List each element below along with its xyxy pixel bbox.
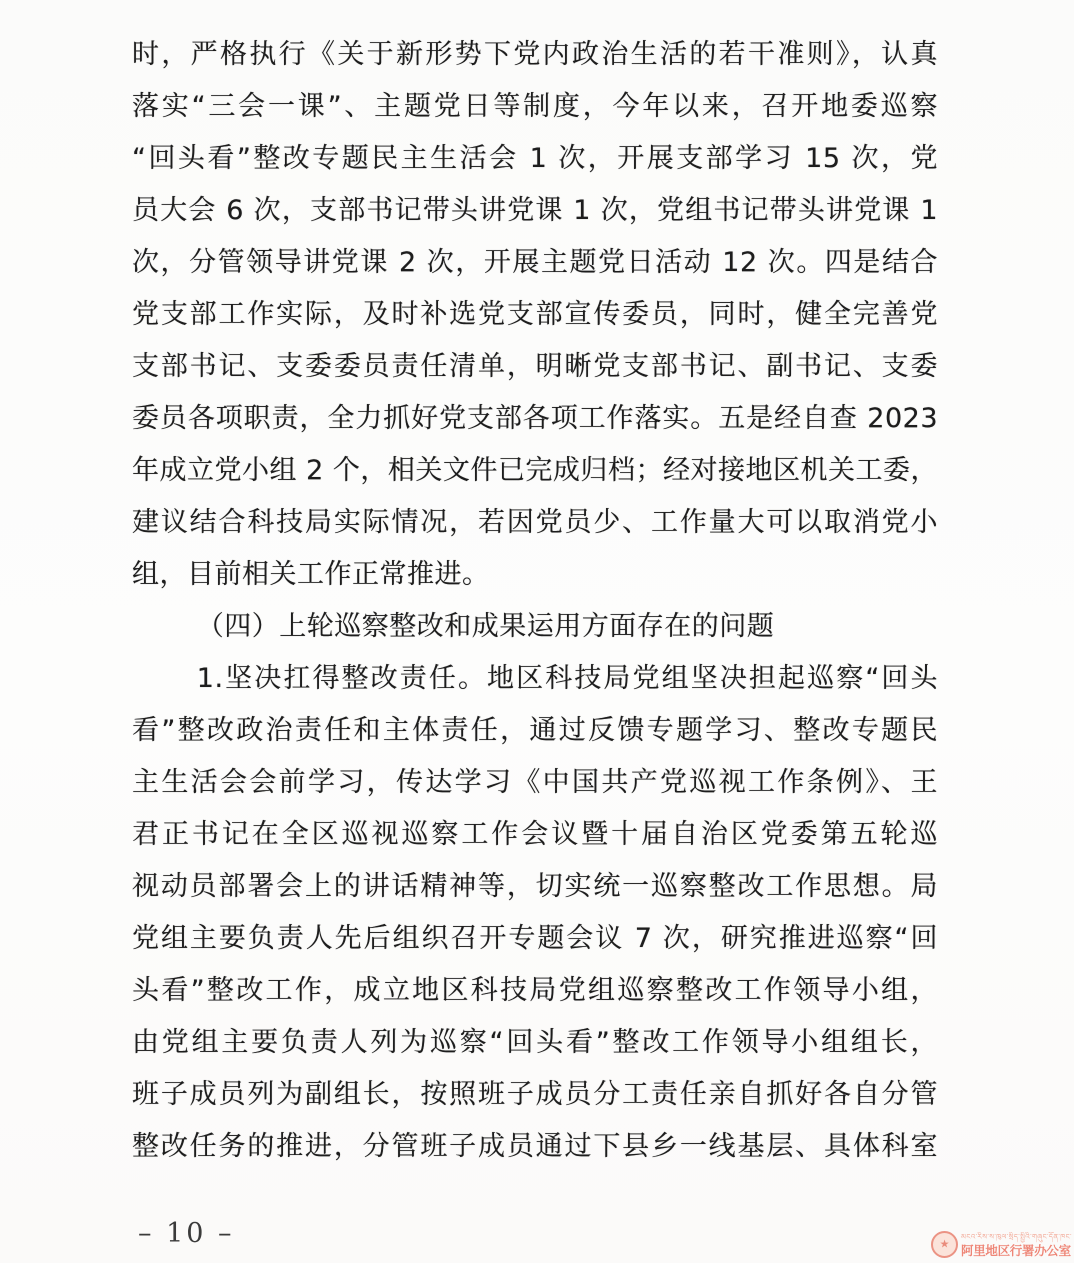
national-emblem-icon: ★ bbox=[931, 1231, 958, 1258]
body-text-line: 年成立党小组 2 个，相关文件已完成归档；经对接地区机关工委， bbox=[132, 445, 938, 497]
body-text-line: 君正书记在全区巡视巡察工作会议暨十届自治区党委第五轮巡 bbox=[132, 809, 938, 861]
watermark-tibetan-text: མངའ་རིས་ས་ཁུལ་སྲིད་སྤྱིའི་གཞུང་དོན་ཁང་ bbox=[961, 1232, 1073, 1243]
body-text-line: 由党组主要负责人列为巡察“回头看”整改工作领导小组组长， bbox=[132, 1017, 938, 1069]
body-text-line: 党支部工作实际，及时补选党支部宣传委员，同时，健全完善党 bbox=[132, 289, 938, 341]
body-text-line: 委员各项职责，全力抓好党支部各项工作落实。五是经自查 2023 bbox=[132, 393, 938, 445]
body-text-line: 党组主要负责人先后组织召开专题会议 7 次，研究推进巡察“回 bbox=[132, 913, 938, 965]
body-text-line: 班子成员列为副组长，按照班子成员分工责任亲自抓好各自分管 bbox=[132, 1069, 938, 1121]
body-text-line: “回头看”整改专题民主生活会 1 次，开展支部学习 15 次，党 bbox=[132, 133, 938, 185]
body-text-line: 组，目前相关工作正常推进。 bbox=[132, 549, 938, 601]
body-text-line: 1.坚决扛得整改责任。地区科技局党组坚决担起巡察“回头 bbox=[132, 653, 938, 705]
page-number: – 10 – bbox=[138, 1216, 235, 1252]
body-text-line: 员大会 6 次，支部书记带头讲党课 1 次，党组书记带头讲党课 1 bbox=[132, 185, 938, 237]
watermark-office-name: 阿里地区行署办公室 bbox=[961, 1243, 1073, 1259]
body-text-line: 次，分管领导讲党课 2 次，开展主题党日活动 12 次。四是结合 bbox=[132, 237, 938, 289]
star-icon: ★ bbox=[940, 1239, 950, 1250]
body-text-line: 看”整改政治责任和主体责任，通过反馈专题学习、整改专题民 bbox=[132, 705, 938, 757]
document-body: 时，严格执行《关于新形势下党内政治生活的若干准则》，认真 落实“三会一课”、主题… bbox=[132, 29, 938, 1173]
document-page: 时，严格执行《关于新形势下党内政治生活的若干准则》，认真 落实“三会一课”、主题… bbox=[0, 0, 1074, 1263]
watermark-text-block: མངའ་རིས་ས་ཁུལ་སྲིད་སྤྱིའི་གཞུང་དོན་ཁང་ 阿… bbox=[961, 1232, 1073, 1259]
body-text-line: 视动员部署会上的讲话精神等，切实统一巡察整改工作思想。局 bbox=[132, 861, 938, 913]
body-text-line: 支部书记、支委委员责任清单，明晰党支部书记、副书记、支委 bbox=[132, 341, 938, 393]
body-text-line: 头看”整改工作，成立地区科技局党组巡察整改工作领导小组， bbox=[132, 965, 938, 1017]
body-text-line: 整改任务的推进，分管班子成员通过下县乡一线基层、具体科室 bbox=[132, 1121, 938, 1173]
body-text-line: 建议结合科技局实际情况，若因党员少、工作量大可以取消党小 bbox=[132, 497, 938, 549]
body-text-line: 落实“三会一课”、主题党日等制度，今年以来，召开地委巡察 bbox=[132, 81, 938, 133]
body-text-line: 主生活会会前学习，传达学习《中国共产党巡视工作条例》、王 bbox=[132, 757, 938, 809]
office-watermark: ★ མངའ་རིས་ས་ཁུལ་སྲིད་སྤྱིའི་གཞུང་དོན་ཁང་… bbox=[931, 1227, 1074, 1259]
section-heading: （四）上轮巡察整改和成果运用方面存在的问题 bbox=[132, 601, 938, 653]
body-text-line: 时，严格执行《关于新形势下党内政治生活的若干准则》，认真 bbox=[132, 29, 938, 81]
